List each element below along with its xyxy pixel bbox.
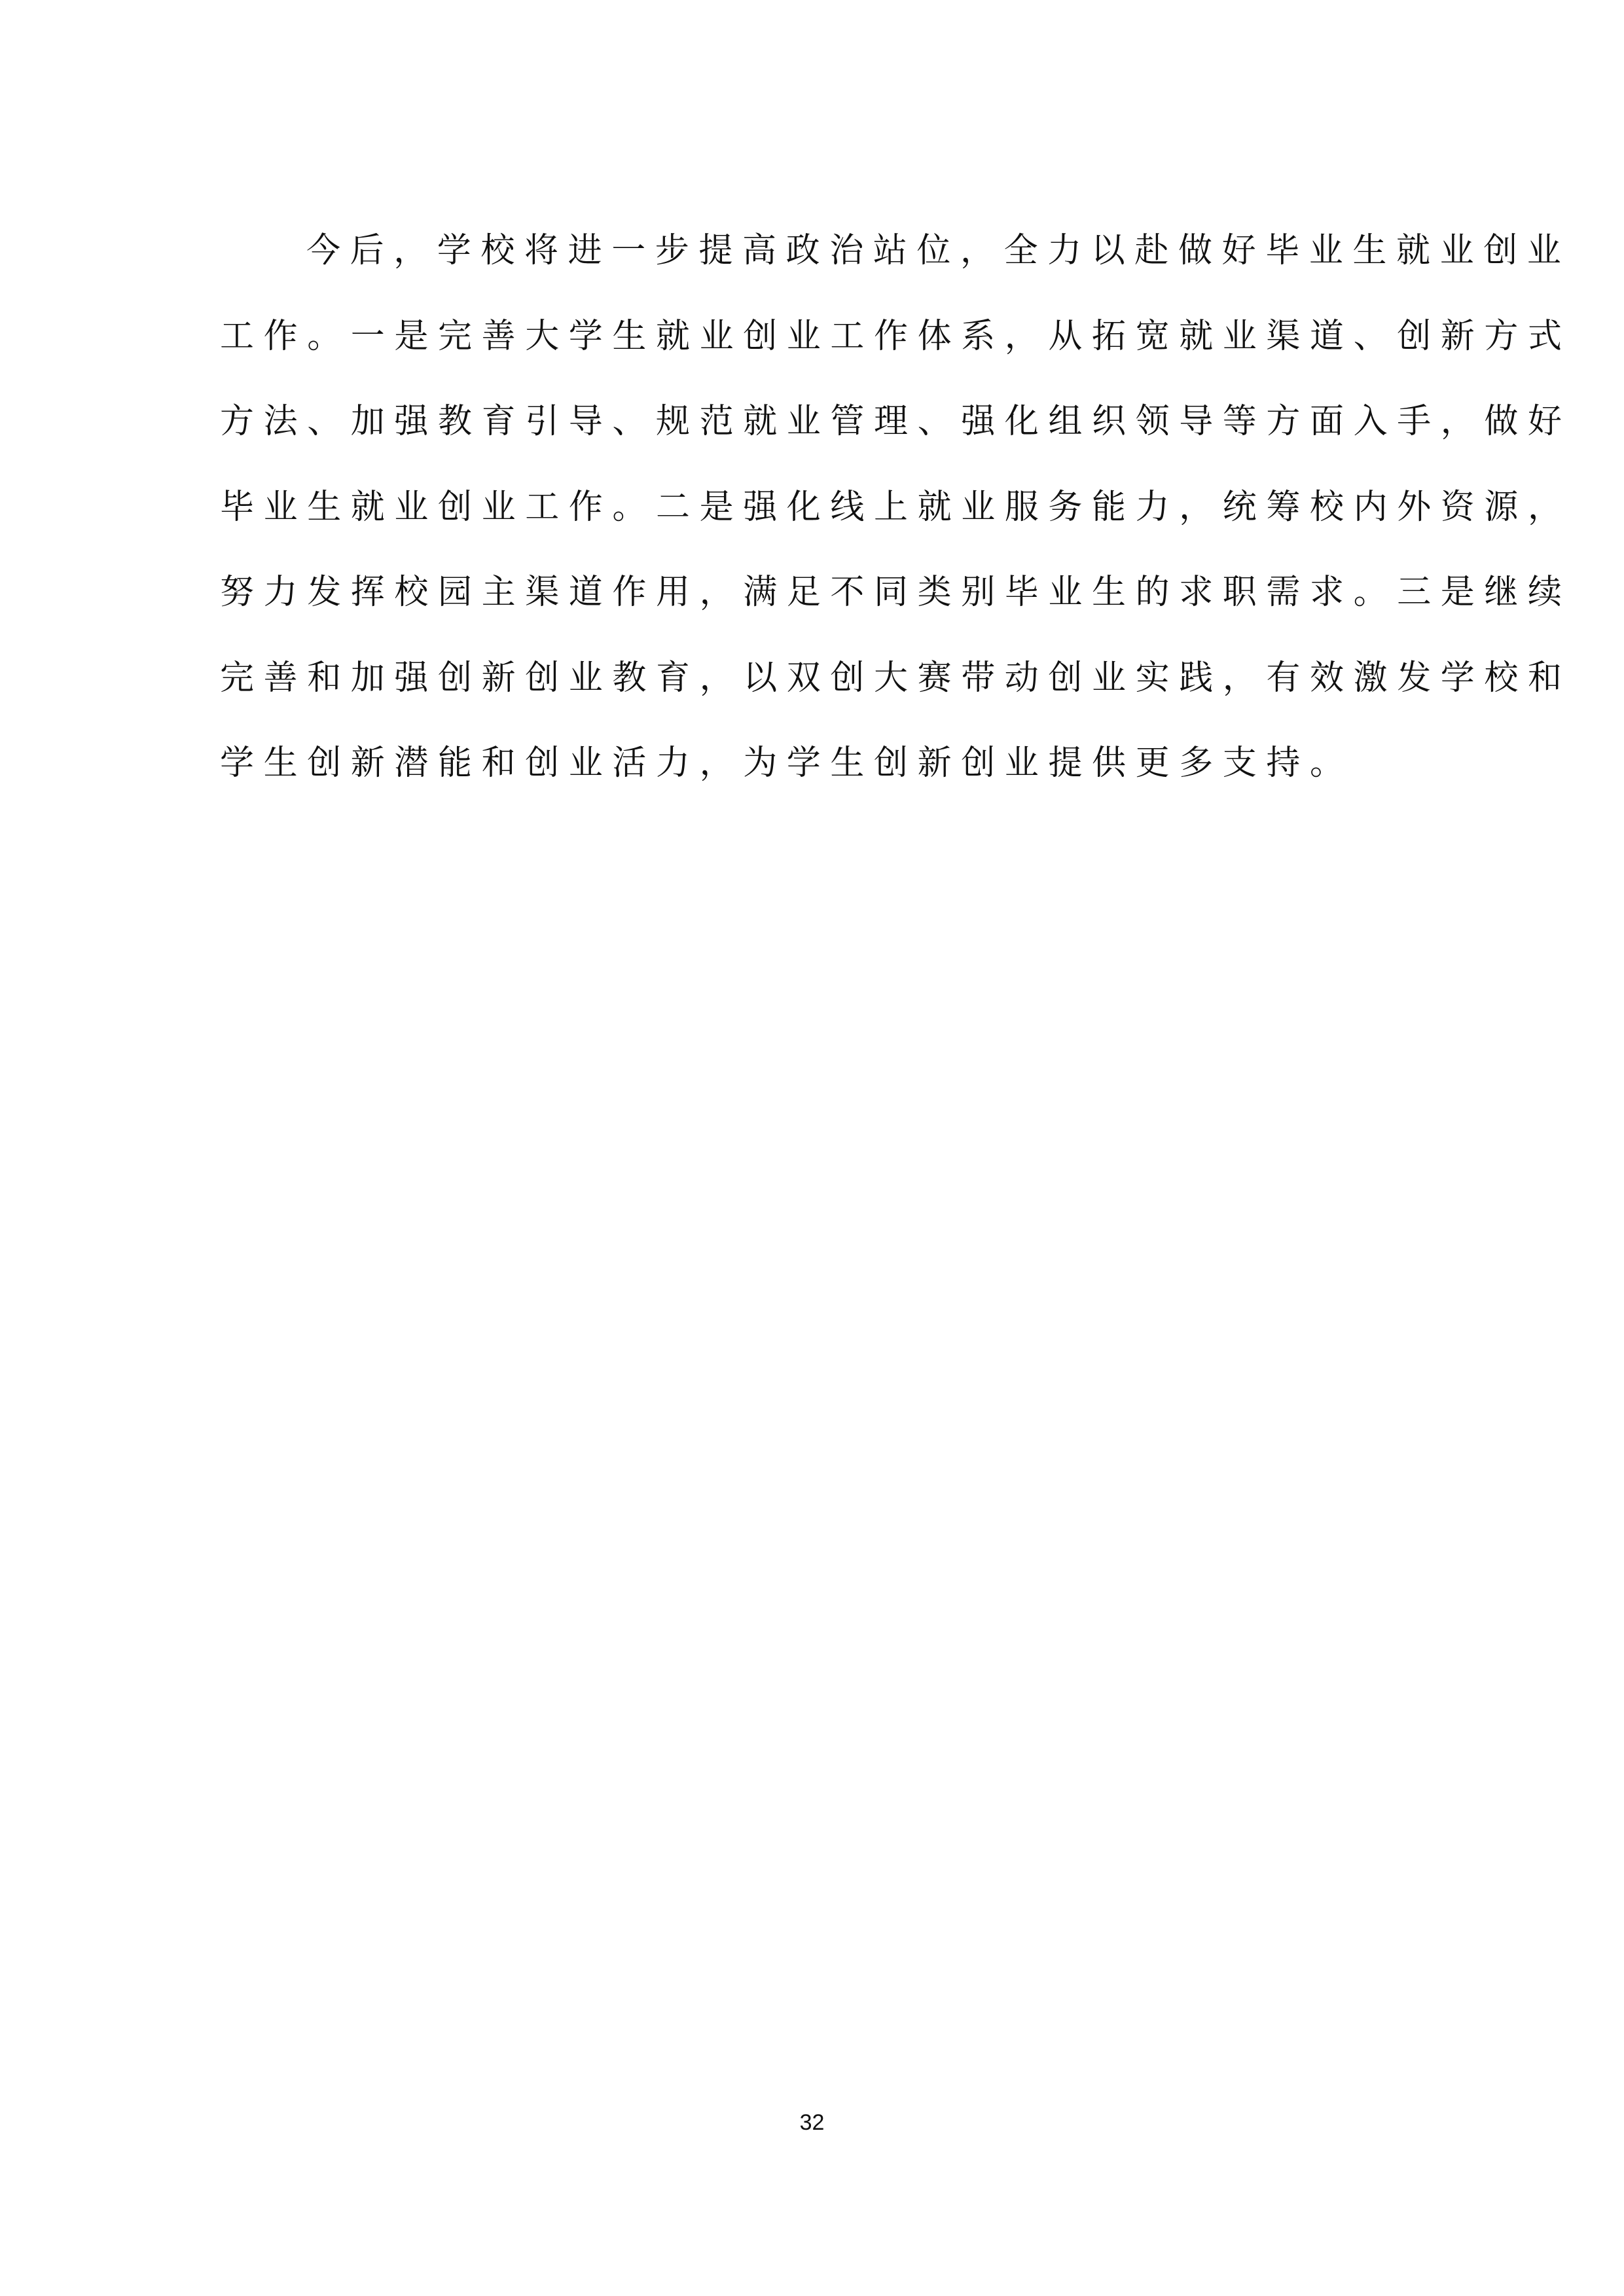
paragraph-line-1: 今后，学校将进一步提高政治站位，全力以赴做好毕业生就业创业 [220, 208, 1411, 294]
paragraph-line-7: 学生创新潜能和创业活力，为学生创新创业提供更多支持。 [220, 721, 1411, 806]
paragraph-line-3: 方法、加强教育引导、规范就业管理、强化组织领导等方面入手，做好 [220, 379, 1411, 465]
body-paragraph: 今后，学校将进一步提高政治站位，全力以赴做好毕业生就业创业 工作。一是完善大学生… [220, 208, 1411, 806]
document-page: 今后，学校将进一步提高政治站位，全力以赴做好毕业生就业创业 工作。一是完善大学生… [0, 0, 1624, 2296]
paragraph-line-2: 工作。一是完善大学生就业创业工作体系，从拓宽就业渠道、创新方式 [220, 294, 1411, 380]
paragraph-line-6: 完善和加强创新创业教育，以双创大赛带动创业实践，有效激发学校和 [220, 636, 1411, 721]
page-number: 32 [0, 2110, 1624, 2136]
paragraph-line-5: 努力发挥校园主渠道作用，满足不同类别毕业生的求职需求。三是继续 [220, 550, 1411, 636]
paragraph-line-4: 毕业生就业创业工作。二是强化线上就业服务能力，统筹校内外资源， [220, 465, 1411, 550]
